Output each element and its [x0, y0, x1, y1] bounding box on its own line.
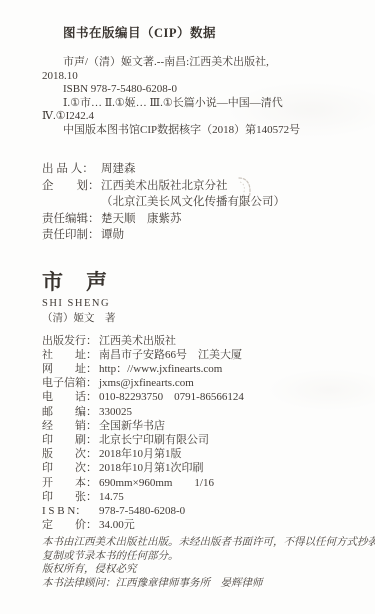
book-title: 市 声 — [42, 270, 361, 294]
publication-info-label: 电 话： — [42, 390, 99, 404]
publication-info-row: 社 址：南昌市子安路66号 江美大厦 — [42, 348, 361, 362]
publication-info-row: I S B N：978-7-5480-6208-0 — [42, 504, 361, 518]
publication-info-value: 2018年10月第1版 — [99, 448, 182, 460]
publication-info-row: 印 张：14.75 — [42, 490, 361, 504]
publication-info-value: 690mm×960mm 1/16 — [99, 477, 214, 489]
publication-info-label: 社 址： — [42, 348, 99, 362]
cip-line: Ⅳ.①I242.4 — [42, 110, 361, 124]
publication-info-value: 江西美术出版社 — [99, 335, 176, 347]
credits-block: 出 品 人：周建森 企 划：江西美术出版社北京分社 （北京江美长风文化传播有限公… — [42, 161, 361, 244]
credit-row: 责任印制：谭勋 — [42, 227, 361, 244]
credit-label: 责任印制： — [42, 227, 101, 244]
stamp-seal-icon — [235, 176, 253, 208]
publication-info-value: 南昌市子安路66号 江美大厦 — [99, 349, 242, 361]
publication-info-label: 定 价： — [42, 518, 99, 532]
publication-info-label: 出版发行： — [42, 334, 99, 348]
publication-info-label: 电子信箱： — [42, 376, 99, 390]
book-title-pinyin: SHI SHENG — [42, 297, 361, 310]
publication-info-row: 定 价：34.00元 — [42, 518, 361, 532]
credit-row: （北京江美长风文化传播有限公司） — [42, 194, 361, 211]
publication-info-row: 电子信箱：jxms@jxfinearts.com — [42, 376, 361, 390]
publication-info-row: 邮 编：330025 — [42, 405, 361, 419]
publication-info-label: 版 次： — [42, 447, 99, 461]
publication-info-label: 网 址： — [42, 362, 99, 376]
copyright-notice-line: 版权所有，侵权必究 — [42, 563, 361, 577]
copyright-notice-line: 本书由江西美术出版社出版。未经出版者书面许可，不得以任何方式抄袭、 — [42, 536, 361, 550]
publication-info-row: 网 址：http：//www.jxfinearts.com — [42, 362, 361, 376]
credit-row: 责任编辑：楚天顺 康紫苏 — [42, 211, 361, 228]
cip-line: 市声/（清）姬文著.--南昌:江西美术出版社, — [42, 56, 361, 70]
credit-label: 企 划： — [42, 178, 101, 195]
publication-info-value: jxms@jxfinearts.com — [99, 377, 194, 389]
copyright-notice-block: 本书由江西美术出版社出版。未经出版者书面许可，不得以任何方式抄袭、 复制或节录本… — [42, 536, 361, 590]
publication-info-value: 330025 — [99, 406, 132, 418]
cip-block: 图书在版编目（CIP）数据 市声/（清）姬文著.--南昌:江西美术出版社, 20… — [42, 26, 361, 137]
credit-value: 楚天顺 康紫苏 — [101, 213, 182, 225]
cip-line: 2018.10 — [42, 70, 361, 84]
publication-info-label: 开 本： — [42, 476, 99, 490]
publication-info-label: 印 张： — [42, 490, 99, 504]
book-author: （清）姬文 著 — [42, 312, 361, 325]
publication-info-value: 34.00元 — [99, 519, 135, 531]
credit-label: 责任编辑： — [42, 211, 101, 228]
publication-info-value: 北京长宁印刷有限公司 — [99, 434, 209, 446]
cip-line: ISBN 978-7-5480-6208-0 — [42, 83, 361, 97]
publication-info-value: 全国新华书店 — [99, 420, 165, 432]
title-block: 市 声 SHI SHENG （清）姬文 著 — [42, 270, 361, 325]
publication-info-row: 经 销：全国新华书店 — [42, 419, 361, 433]
cip-line: 中国版本图书馆CIP数据核字（2018）第140572号 — [42, 124, 361, 138]
cip-line: Ⅰ.①市… Ⅱ.①姬… Ⅲ.①长篇小说—中国—清代 — [42, 97, 361, 111]
publication-info-row: 印 次：2018年10月第1次印刷 — [42, 461, 361, 475]
publication-info-row: 电 话：010-82293750 0791-86566124 — [42, 390, 361, 404]
publication-info-label: 印 次： — [42, 461, 99, 475]
credit-row: 出 品 人：周建森 — [42, 161, 361, 178]
cip-lines: 市声/（清）姬文著.--南昌:江西美术出版社, 2018.10 ISBN 978… — [42, 56, 361, 137]
publication-info-row: 印 刷：北京长宁印刷有限公司 — [42, 433, 361, 447]
publication-info-row: 开 本：690mm×960mm 1/16 — [42, 476, 361, 490]
credit-value: （北京江美长风文化传播有限公司） — [101, 196, 285, 208]
credit-label: 出 品 人： — [42, 161, 101, 178]
credit-row: 企 划：江西美术出版社北京分社 — [42, 178, 361, 195]
credit-value: 谭勋 — [101, 229, 124, 241]
publication-info-label: I S B N： — [42, 504, 99, 518]
publication-info-label: 经 销： — [42, 419, 99, 433]
publication-info-row: 版 次：2018年10月第1版 — [42, 447, 361, 461]
publication-info-value: 2018年10月第1次印刷 — [99, 462, 204, 474]
publication-info-block: 出版发行：江西美术出版社 社 址：南昌市子安路66号 江美大厦 网 址：http… — [42, 334, 361, 533]
publication-info-value: 978-7-5480-6208-0 — [99, 505, 185, 517]
credit-value: 江西美术出版社北京分社 — [101, 180, 228, 192]
credit-value: 周建森 — [101, 163, 136, 175]
publication-info-label: 印 刷： — [42, 433, 99, 447]
book-colophon-page: 图书在版编目（CIP）数据 市声/（清）姬文著.--南昌:江西美术出版社, 20… — [0, 0, 375, 614]
cip-header: 图书在版编目（CIP）数据 — [63, 26, 361, 40]
publication-info-value: 010-82293750 0791-86566124 — [99, 391, 244, 403]
copyright-notice-line: 本书法律顾问：江西豫章律师事务所 晏辉律师 — [42, 577, 361, 591]
publication-info-value: http：//www.jxfinearts.com — [99, 363, 222, 375]
copyright-notice-line: 复制或节录本书的任何部分。 — [42, 550, 361, 564]
publication-info-row: 出版发行：江西美术出版社 — [42, 334, 361, 348]
publication-info-value: 14.75 — [99, 491, 124, 503]
publication-info-label: 邮 编： — [42, 405, 99, 419]
